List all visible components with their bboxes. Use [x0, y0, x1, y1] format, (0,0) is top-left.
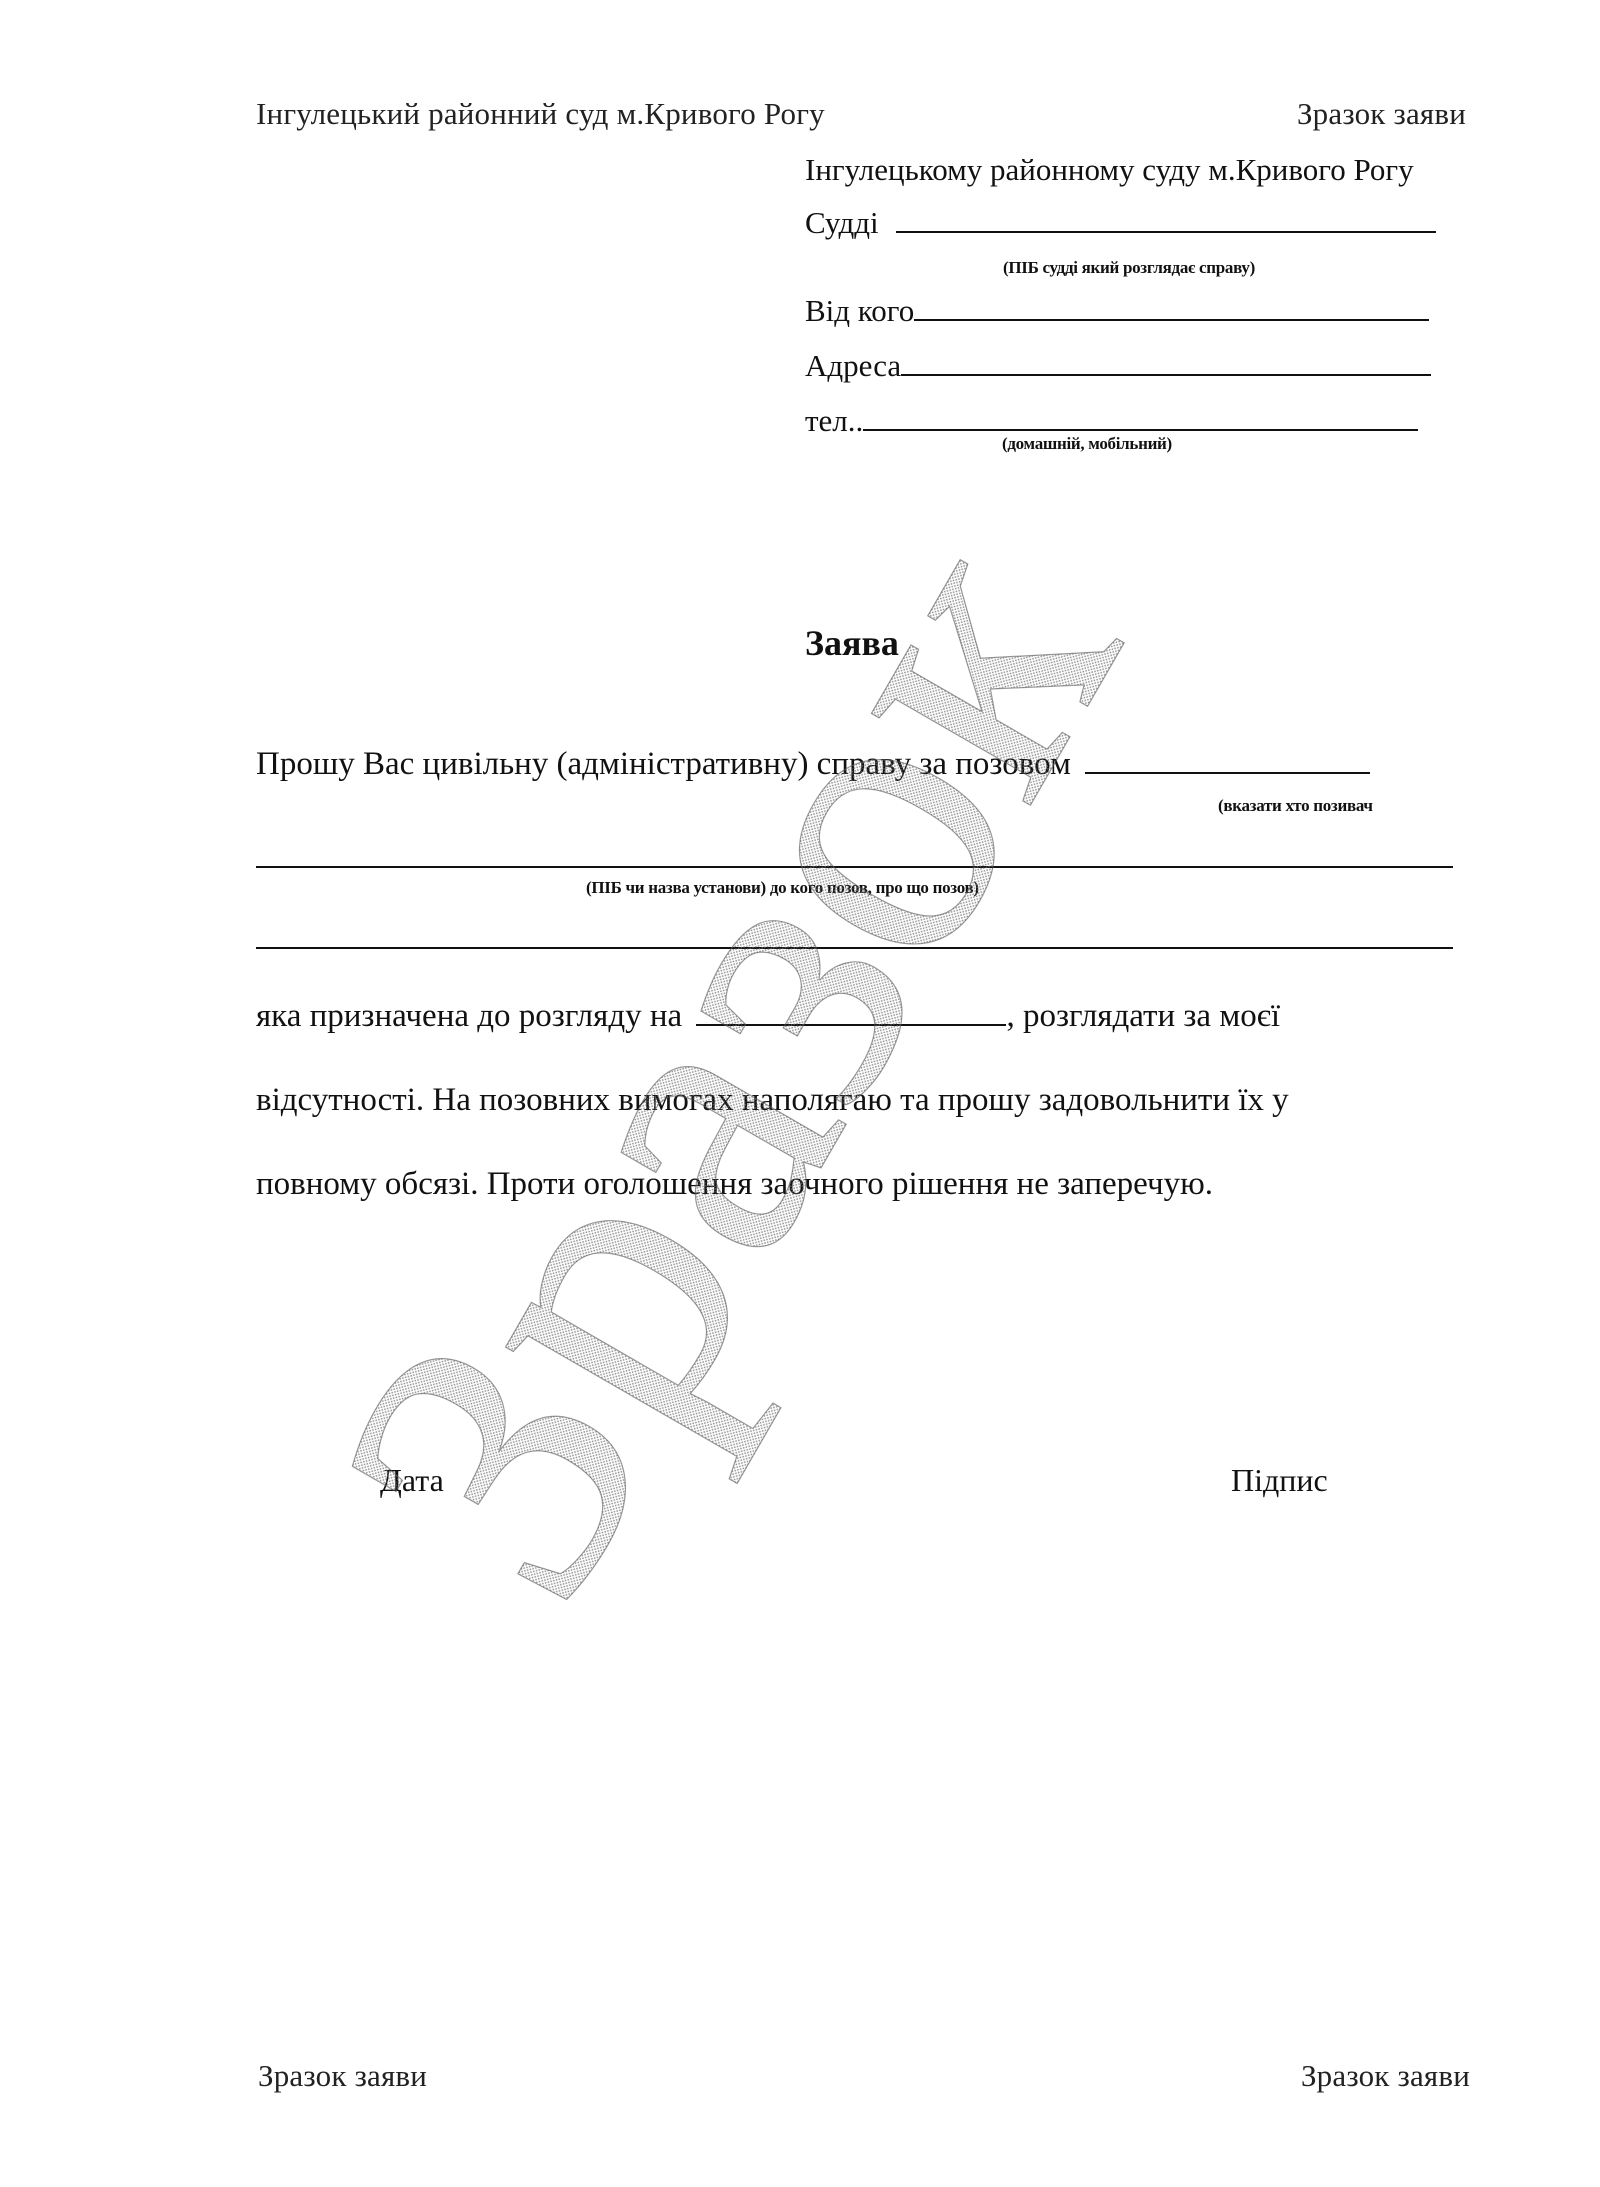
phone-field[interactable] — [863, 429, 1418, 431]
addressee-court: Інгулецькому районному суду м.Кривого Ро… — [805, 152, 1414, 188]
request-line-4: повному обсязі. Проти оголошення заочног… — [256, 1166, 1213, 1203]
header-court-name: Інгулецький районний суд м.Кривого Рогу — [256, 96, 825, 132]
judge-label: Судді — [805, 205, 879, 241]
phone-hint: (домашній, мобільний) — [1002, 434, 1172, 454]
request-line-2-prefix: яка призначена до розгляду на — [256, 998, 682, 1034]
defendant-hint: (ПІБ чи назва установи) до кого позов, п… — [586, 878, 979, 898]
request-line-3: відсутності. На позовних вимогах наполяг… — [256, 1082, 1289, 1119]
judge-field[interactable] — [896, 231, 1436, 233]
plaintiff-field[interactable] — [1085, 772, 1370, 774]
footer-left: Зразок заяви — [258, 2058, 427, 2094]
phone-label: тел.. — [805, 403, 863, 439]
address-field[interactable] — [901, 374, 1431, 376]
date-label: Дата — [380, 1462, 444, 1499]
address-row: Адреса — [805, 348, 1431, 384]
claim-field-line[interactable] — [256, 947, 1453, 949]
request-line-1: Прошу Вас цивільну (адміністративну) спр… — [256, 746, 1370, 783]
from-label: Від кого — [805, 293, 914, 329]
document-title: Заява — [805, 622, 899, 664]
plaintiff-hint: (вказати хто позивач — [1218, 796, 1373, 816]
from-field[interactable] — [914, 319, 1429, 321]
address-label: Адреса — [805, 348, 901, 384]
header-doc-label: Зразок заяви — [1297, 96, 1466, 132]
footer-right: Зразок заяви — [1301, 2058, 1470, 2094]
judge-row: Судді — [805, 205, 1436, 241]
request-line-2-suffix: , розглядати за моєї — [1006, 998, 1280, 1034]
from-row: Від кого — [805, 293, 1429, 329]
judge-hint: (ПІБ судді який розглядає справу) — [1003, 258, 1255, 278]
request-line-2: яка призначена до розгляду на , розгляда… — [256, 998, 1280, 1035]
request-line-1-text: Прошу Вас цивільну (адміністративну) спр… — [256, 746, 1071, 782]
signature-label: Підпис — [1231, 1462, 1328, 1499]
hearing-date-field[interactable] — [696, 1024, 1006, 1026]
defendant-field-line[interactable] — [256, 866, 1453, 868]
